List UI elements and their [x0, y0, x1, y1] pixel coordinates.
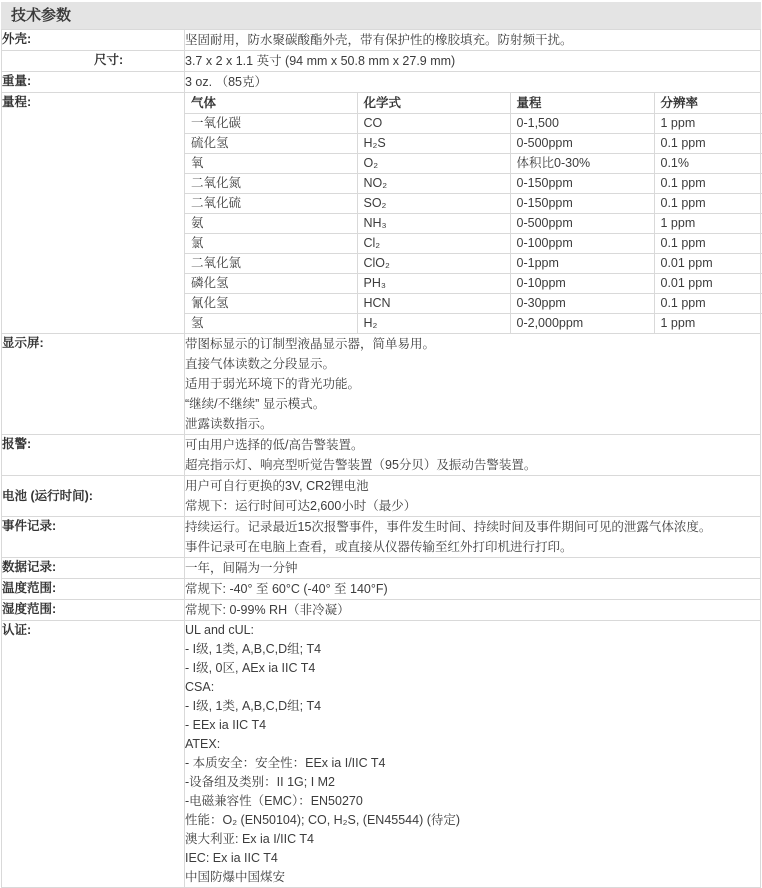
spec-row-alarm: 报警: 可由用户选择的低/高告警装置。 超亮指示灯、响亮型听觉告警装置（95分贝… — [2, 435, 761, 476]
gas-resolution: 1 ppm — [654, 113, 762, 133]
spec-value-display: 带图标显示的订制型液晶显示器，简单易用。 直接气体读数之分段显示。 适用于弱光环… — [185, 334, 761, 435]
spec-row-range: 量程: 气体 化学式 量程 分辨率 一氧化碳 CO — [2, 93, 761, 334]
spec-label-event-log: 事件记录: — [2, 517, 185, 558]
spec-line: 超亮指示灯、响亮型听觉告警装置（95分贝）及振动告警装置。 — [185, 455, 760, 475]
gas-formula: SO₂ — [357, 193, 510, 213]
gas-range: 0-1,500 — [510, 113, 654, 133]
spec-value-housing: 坚固耐用，防水聚碳酸酯外壳，带有保护性的橡胶填充。防射频干扰。 — [185, 30, 761, 51]
spec-line: 适用于弱光环境下的背光功能。 — [185, 374, 760, 394]
spec-line: 一年，间隔为一分钟 — [185, 558, 760, 578]
gas-range: 0-2,000ppm — [510, 313, 654, 333]
gas-range: 0-500ppm — [510, 213, 654, 233]
spec-label-range: 量程: — [2, 93, 185, 334]
gas-range: 0-150ppm — [510, 193, 654, 213]
gas-row-clo2: 二氧化氯 ClO₂ 0-1ppm 0.01 ppm — [185, 253, 762, 273]
gas-formula: H₂S — [357, 133, 510, 153]
gas-formula: CO — [357, 113, 510, 133]
spec-label-alarm: 报警: — [2, 435, 185, 476]
spec-line: “继续/不继续” 显示模式。 — [185, 394, 760, 414]
spec-line: 澳大利亚: Ex ia I/IIC T4 — [185, 830, 760, 849]
gas-header-row: 气体 化学式 量程 分辨率 — [185, 93, 762, 113]
gas-name: 二氧化氮 — [185, 173, 357, 193]
gas-range-table: 气体 化学式 量程 分辨率 一氧化碳 CO 0-1,500 1 ppm — [185, 93, 762, 333]
spec-line: 3.7 x 2 x 1.1 英寸 (94 mm x 50.8 mm x 27.9… — [185, 51, 760, 71]
gas-row-so2: 二氧化硫 SO₂ 0-150ppm 0.1 ppm — [185, 193, 762, 213]
spec-row-humidity: 湿度范围: 常规下: 0-99% RH（非冷凝） — [2, 600, 761, 621]
spec-line: 常规下: -40° 至 60°C (-40° 至 140°F) — [185, 579, 760, 599]
gas-name: 氧 — [185, 153, 357, 173]
spec-label-display: 显示屏: — [2, 334, 185, 435]
gas-range: 0-500ppm — [510, 133, 654, 153]
spec-line: 持续运行。记录最近15次报警事件，事件发生时间、持续时间及事件期间可见的泄露气体… — [185, 517, 760, 537]
gas-resolution: 1 ppm — [654, 213, 762, 233]
gas-resolution: 0.1 ppm — [654, 133, 762, 153]
spec-line: ATEX: — [185, 735, 760, 754]
spec-line: - 本质安全：安全性：EEx ia I/IIC T4 — [185, 754, 760, 773]
gas-resolution: 0.1 ppm — [654, 293, 762, 313]
gas-name: 氨 — [185, 213, 357, 233]
spec-label-humidity: 湿度范围: — [2, 600, 185, 621]
spec-label-weight: 重量: — [2, 72, 185, 93]
gas-name: 二氧化氯 — [185, 253, 357, 273]
spec-row-display: 显示屏: 带图标显示的订制型液晶显示器，简单易用。 直接气体读数之分段显示。 适… — [2, 334, 761, 435]
spec-line: UL and cUL: — [185, 621, 760, 640]
gas-range: 0-100ppm — [510, 233, 654, 253]
spec-value-alarm: 可由用户选择的低/高告警装置。 超亮指示灯、响亮型听觉告警装置（95分贝）及振动… — [185, 435, 761, 476]
spec-line: - I级, 1类, A,B,C,D组; T4 — [185, 697, 760, 716]
gas-resolution: 0.01 ppm — [654, 253, 762, 273]
spec-row-certification: 认证: UL and cUL: - I级, 1类, A,B,C,D组; T4 -… — [2, 621, 761, 888]
spec-line: 带图标显示的订制型液晶显示器，简单易用。 — [185, 334, 760, 354]
gas-formula: NH₃ — [357, 213, 510, 233]
gas-range: 体积比0-30% — [510, 153, 654, 173]
spec-line: 泄露读数指示。 — [185, 414, 760, 434]
gas-row-nh3: 氨 NH₃ 0-500ppm 1 ppm — [185, 213, 762, 233]
spec-label-temperature: 温度范围: — [2, 579, 185, 600]
spec-line: 事件记录可在电脑上查看，或直接从仪器传输至红外打印机进行打印。 — [185, 537, 760, 557]
gas-resolution: 0.1 ppm — [654, 173, 762, 193]
gas-name: 一氧化碳 — [185, 113, 357, 133]
gas-formula: O₂ — [357, 153, 510, 173]
spec-value-temperature: 常规下: -40° 至 60°C (-40° 至 140°F) — [185, 579, 761, 600]
spec-line: CSA: — [185, 678, 760, 697]
gas-resolution: 0.1 ppm — [654, 193, 762, 213]
spec-label-dimensions: 尺寸: — [2, 51, 185, 72]
spec-line: -设备组及类别：II 1G; I M2 — [185, 773, 760, 792]
spec-value-weight: 3 oz. （85克） — [185, 72, 761, 93]
gas-range: 0-1ppm — [510, 253, 654, 273]
gas-row-no2: 二氧化氮 NO₂ 0-150ppm 0.1 ppm — [185, 173, 762, 193]
spec-line: 可由用户选择的低/高告警装置。 — [185, 435, 760, 455]
gas-row-h2: 氢 H₂ 0-2,000ppm 1 ppm — [185, 313, 762, 333]
section-title-bar: 技术参数 — [1, 2, 761, 29]
gas-range: 0-30ppm — [510, 293, 654, 313]
spec-sheet: 技术参数 外壳: 坚固耐用，防水聚碳酸酯外壳，带有保护性的橡胶填充。防射频干扰。… — [0, 0, 762, 888]
gas-header-resolution: 分辨率 — [654, 93, 762, 113]
spec-table: 外壳: 坚固耐用，防水聚碳酸酯外壳，带有保护性的橡胶填充。防射频干扰。 尺寸: … — [1, 29, 761, 888]
gas-name: 氰化氢 — [185, 293, 357, 313]
gas-resolution: 0.01 ppm — [654, 273, 762, 293]
spec-line: 常规下：运行时间可达2,600小时（最少） — [185, 496, 760, 516]
gas-name: 二氧化硫 — [185, 193, 357, 213]
spec-label-battery: 电池 (运行时间): — [2, 476, 185, 517]
spec-row-battery: 电池 (运行时间): 用户可自行更换的3V, CR2锂电池 常规下：运行时间可达… — [2, 476, 761, 517]
gas-row-co: 一氧化碳 CO 0-1,500 1 ppm — [185, 113, 762, 133]
gas-header-gas: 气体 — [185, 93, 357, 113]
gas-range: 0-150ppm — [510, 173, 654, 193]
gas-row-o2: 氧 O₂ 体积比0-30% 0.1% — [185, 153, 762, 173]
gas-range: 0-10ppm — [510, 273, 654, 293]
spec-value-humidity: 常规下: 0-99% RH（非冷凝） — [185, 600, 761, 621]
gas-row-cl2: 氯 Cl₂ 0-100ppm 0.1 ppm — [185, 233, 762, 253]
spec-line: 用户可自行更换的3V, CR2锂电池 — [185, 476, 760, 496]
gas-formula: Cl₂ — [357, 233, 510, 253]
gas-name: 氯 — [185, 233, 357, 253]
gas-name: 硫化氢 — [185, 133, 357, 153]
spec-row-dimensions: 尺寸: 3.7 x 2 x 1.1 英寸 (94 mm x 50.8 mm x … — [2, 51, 761, 72]
spec-value-certification: UL and cUL: - I级, 1类, A,B,C,D组; T4 - I级,… — [185, 621, 761, 888]
gas-resolution: 1 ppm — [654, 313, 762, 333]
spec-label-data-log: 数据记录: — [2, 558, 185, 579]
gas-formula: ClO₂ — [357, 253, 510, 273]
gas-name: 磷化氢 — [185, 273, 357, 293]
spec-line: 坚固耐用，防水聚碳酸酯外壳，带有保护性的橡胶填充。防射频干扰。 — [185, 30, 760, 50]
spec-label-certification: 认证: — [2, 621, 185, 888]
spec-line: 3 oz. （85克） — [185, 72, 760, 92]
gas-row-ph3: 磷化氢 PH₃ 0-10ppm 0.01 ppm — [185, 273, 762, 293]
spec-value-dimensions: 3.7 x 2 x 1.1 英寸 (94 mm x 50.8 mm x 27.9… — [185, 51, 761, 72]
spec-line: -电磁兼容性（EMC）：EN50270 — [185, 792, 760, 811]
gas-header-range: 量程 — [510, 93, 654, 113]
spec-value-battery: 用户可自行更换的3V, CR2锂电池 常规下：运行时间可达2,600小时（最少） — [185, 476, 761, 517]
gas-row-hcn: 氰化氢 HCN 0-30ppm 0.1 ppm — [185, 293, 762, 313]
gas-name: 氢 — [185, 313, 357, 333]
gas-row-h2s: 硫化氢 H₂S 0-500ppm 0.1 ppm — [185, 133, 762, 153]
spec-line: 直接气体读数之分段显示。 — [185, 354, 760, 374]
spec-row-temperature: 温度范围: 常规下: -40° 至 60°C (-40° 至 140°F) — [2, 579, 761, 600]
page-title: 技术参数 — [11, 7, 71, 24]
gas-formula: H₂ — [357, 313, 510, 333]
spec-value-event-log: 持续运行。记录最近15次报警事件，事件发生时间、持续时间及事件期间可见的泄露气体… — [185, 517, 761, 558]
spec-line: - EEx ia IIC T4 — [185, 716, 760, 735]
spec-line: - I级, 0区, AEx ia IIC T4 — [185, 659, 760, 678]
spec-line: - I级, 1类, A,B,C,D组; T4 — [185, 640, 760, 659]
spec-row-event-log: 事件记录: 持续运行。记录最近15次报警事件，事件发生时间、持续时间及事件期间可… — [2, 517, 761, 558]
gas-resolution: 0.1 ppm — [654, 233, 762, 253]
gas-header-formula: 化学式 — [357, 93, 510, 113]
gas-resolution: 0.1% — [654, 153, 762, 173]
spec-line: 性能：O₂ (EN50104); CO, H₂S, (EN45544) (待定) — [185, 811, 760, 830]
spec-row-data-log: 数据记录: 一年，间隔为一分钟 — [2, 558, 761, 579]
spec-label-housing: 外壳: — [2, 30, 185, 51]
gas-formula: HCN — [357, 293, 510, 313]
spec-row-housing: 外壳: 坚固耐用，防水聚碳酸酯外壳，带有保护性的橡胶填充。防射频干扰。 — [2, 30, 761, 51]
gas-formula: PH₃ — [357, 273, 510, 293]
spec-line: 常规下: 0-99% RH（非冷凝） — [185, 600, 760, 620]
spec-value-range: 气体 化学式 量程 分辨率 一氧化碳 CO 0-1,500 1 ppm — [185, 93, 761, 334]
spec-value-data-log: 一年，间隔为一分钟 — [185, 558, 761, 579]
spec-line: IEC: Ex ia IIC T4 — [185, 849, 760, 868]
gas-formula: NO₂ — [357, 173, 510, 193]
spec-row-weight: 重量: 3 oz. （85克） — [2, 72, 761, 93]
